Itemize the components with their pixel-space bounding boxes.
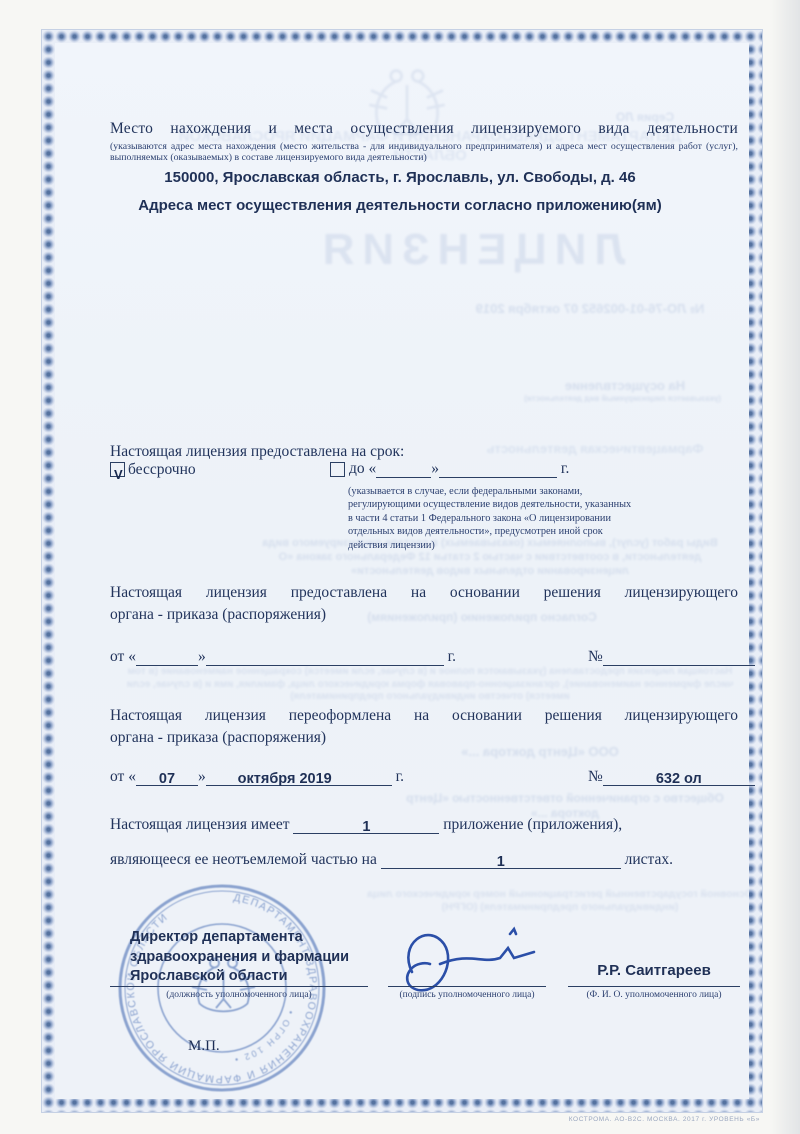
bleedthrough-license-number: № ЛО-76-01-002652 07 октября 2019	[420, 301, 760, 317]
bleedthrough-on-implementation: На осуществление	[540, 378, 710, 394]
reissued-month-blank: октября 2019	[206, 770, 364, 786]
reissued-number-sign: №	[588, 768, 603, 785]
bleedthrough-org-short: ООО «Центр доктора ...»	[390, 744, 690, 760]
name-caption: (Ф. И. О. уполномоченного лица)	[568, 990, 740, 1000]
appendix-line1-suffix: приложение (приложения),	[443, 816, 622, 833]
bleedthrough-per-appendix: Согласно приложению (приложениям)	[367, 610, 597, 625]
signer-position: Директор департамента здравоохранения и …	[130, 928, 400, 987]
appendix-line2-prefix: являющееся ее неотъемлемой частью на	[110, 851, 377, 868]
until-row: до «» г.	[349, 460, 569, 478]
until-year-suffix: г.	[561, 460, 569, 477]
bleedthrough-granted-note: Настоящая лицензия предоставлена (указыв…	[120, 666, 740, 704]
term-note: (указывается в случае, если федеральными…	[348, 485, 636, 552]
appendix-sheets-blank: 1	[381, 853, 621, 869]
license-document-page: Серия ЛО ДЕПАРТАМЕНТ ЗДРАВООХРАНЕНИЯ И Ф…	[0, 0, 800, 1134]
appendix-line1: Настоящая лицензия имеет 1 приложение (п…	[110, 816, 622, 834]
perpetual-label: бессрочно	[128, 461, 196, 479]
sign-caption: (подпись уполномоченного лица)	[388, 990, 546, 1000]
svg-text:ДЕПАРТАМЕНТ ЗДРАВООХРАНЕНИЯ И: ДЕПАРТАМЕНТ ЗДРАВООХРАНЕНИЯ И ФАРМАЦИИ Я…	[124, 892, 319, 1085]
reissued-year-suffix: г.	[396, 768, 404, 785]
reissued-date-row: от «07»октября 2019 г.	[110, 768, 404, 786]
term-label: Настоящая лицензия предоставлена на срок…	[110, 443, 404, 461]
signer-position-line2: здравоохранения и фармации	[130, 948, 400, 968]
granted-heading-line2: органа - приказа (распоряжения)	[110, 606, 326, 624]
position-signature-line	[110, 986, 368, 987]
mp-label: М.П.	[188, 1038, 220, 1055]
granted-number-group: №	[588, 648, 755, 666]
until-month-blank	[439, 462, 557, 478]
bleedthrough-activity-note: (указывается лицензируемый вид деятельно…	[515, 394, 730, 404]
printer-imprint: КОСТРОМА. АО-В2С. МОСКВА. 2017 г. УРОВЕН…	[470, 1116, 760, 1123]
granted-number-blank	[603, 650, 755, 666]
granted-date-row: от «» г.	[110, 648, 456, 666]
location-note: (указываются адрес места нахождения (мес…	[110, 141, 738, 163]
perpetual-checkmark: V	[114, 467, 123, 482]
until-prefix: до «	[349, 460, 376, 477]
signer-position-line1: Директор департамента	[130, 928, 400, 948]
signer-name: Р.Р. Саитгареев	[568, 962, 740, 979]
position-caption: (должность уполномоченного лица)	[110, 990, 368, 1000]
reissued-month-blank2	[364, 770, 392, 786]
appendix-line1-prefix: Настоящая лицензия имеет	[110, 816, 289, 833]
granted-day-blank	[136, 650, 198, 666]
signer-position-line3: Ярославской области	[130, 967, 400, 987]
bleedthrough-pharma: Фармацевтическая деятельность	[430, 441, 760, 457]
location-heading: Место нахождения и места осуществления л…	[110, 120, 738, 138]
bleedthrough-ogrn: Основной государственный регистрационный…	[360, 888, 760, 914]
granted-from-close: »	[198, 648, 206, 665]
appendix-count-blank: 1	[293, 818, 439, 834]
official-round-stamp: ДЕПАРТАМЕНТ ЗДРАВООХРАНЕНИЯ И ФАРМАЦИИ Я…	[116, 882, 328, 1094]
name-signature-line	[568, 986, 740, 987]
appendix-line2: являющееся ее неотъемлемой частью на 1 л…	[110, 851, 673, 869]
granted-heading-line1: Настоящая лицензия предоставлена на осно…	[110, 584, 738, 602]
appendix-line2-suffix: листах.	[625, 851, 673, 868]
reissued-day-blank: 07	[136, 770, 198, 786]
granted-year-suffix: г.	[448, 648, 456, 665]
address-value: 150000, Ярославская область, г. Ярославл…	[70, 169, 730, 186]
granted-from-prefix: от «	[110, 648, 136, 665]
until-close: »	[431, 460, 439, 477]
sign-signature-line	[388, 986, 546, 987]
bleedthrough-title: ЛИЦЕНЗИЯ	[240, 222, 700, 277]
granted-number-sign: №	[588, 648, 603, 665]
reissued-heading-line1: Настоящая лицензия переоформлена на осно…	[110, 707, 738, 725]
reissued-heading-line2: органа - приказа (распоряжения)	[110, 729, 326, 747]
granted-month-blank	[206, 650, 444, 666]
reissued-from-close: »	[198, 768, 206, 785]
until-day-blank	[376, 462, 431, 478]
until-checkbox	[330, 462, 345, 477]
reissued-number-blank: 632 ол	[603, 770, 755, 786]
address-appendix-note: Адреса мест осуществления деятельности с…	[70, 197, 730, 214]
reissued-from-prefix: от «	[110, 768, 136, 785]
reissued-number-group: №632 ол	[588, 768, 755, 786]
